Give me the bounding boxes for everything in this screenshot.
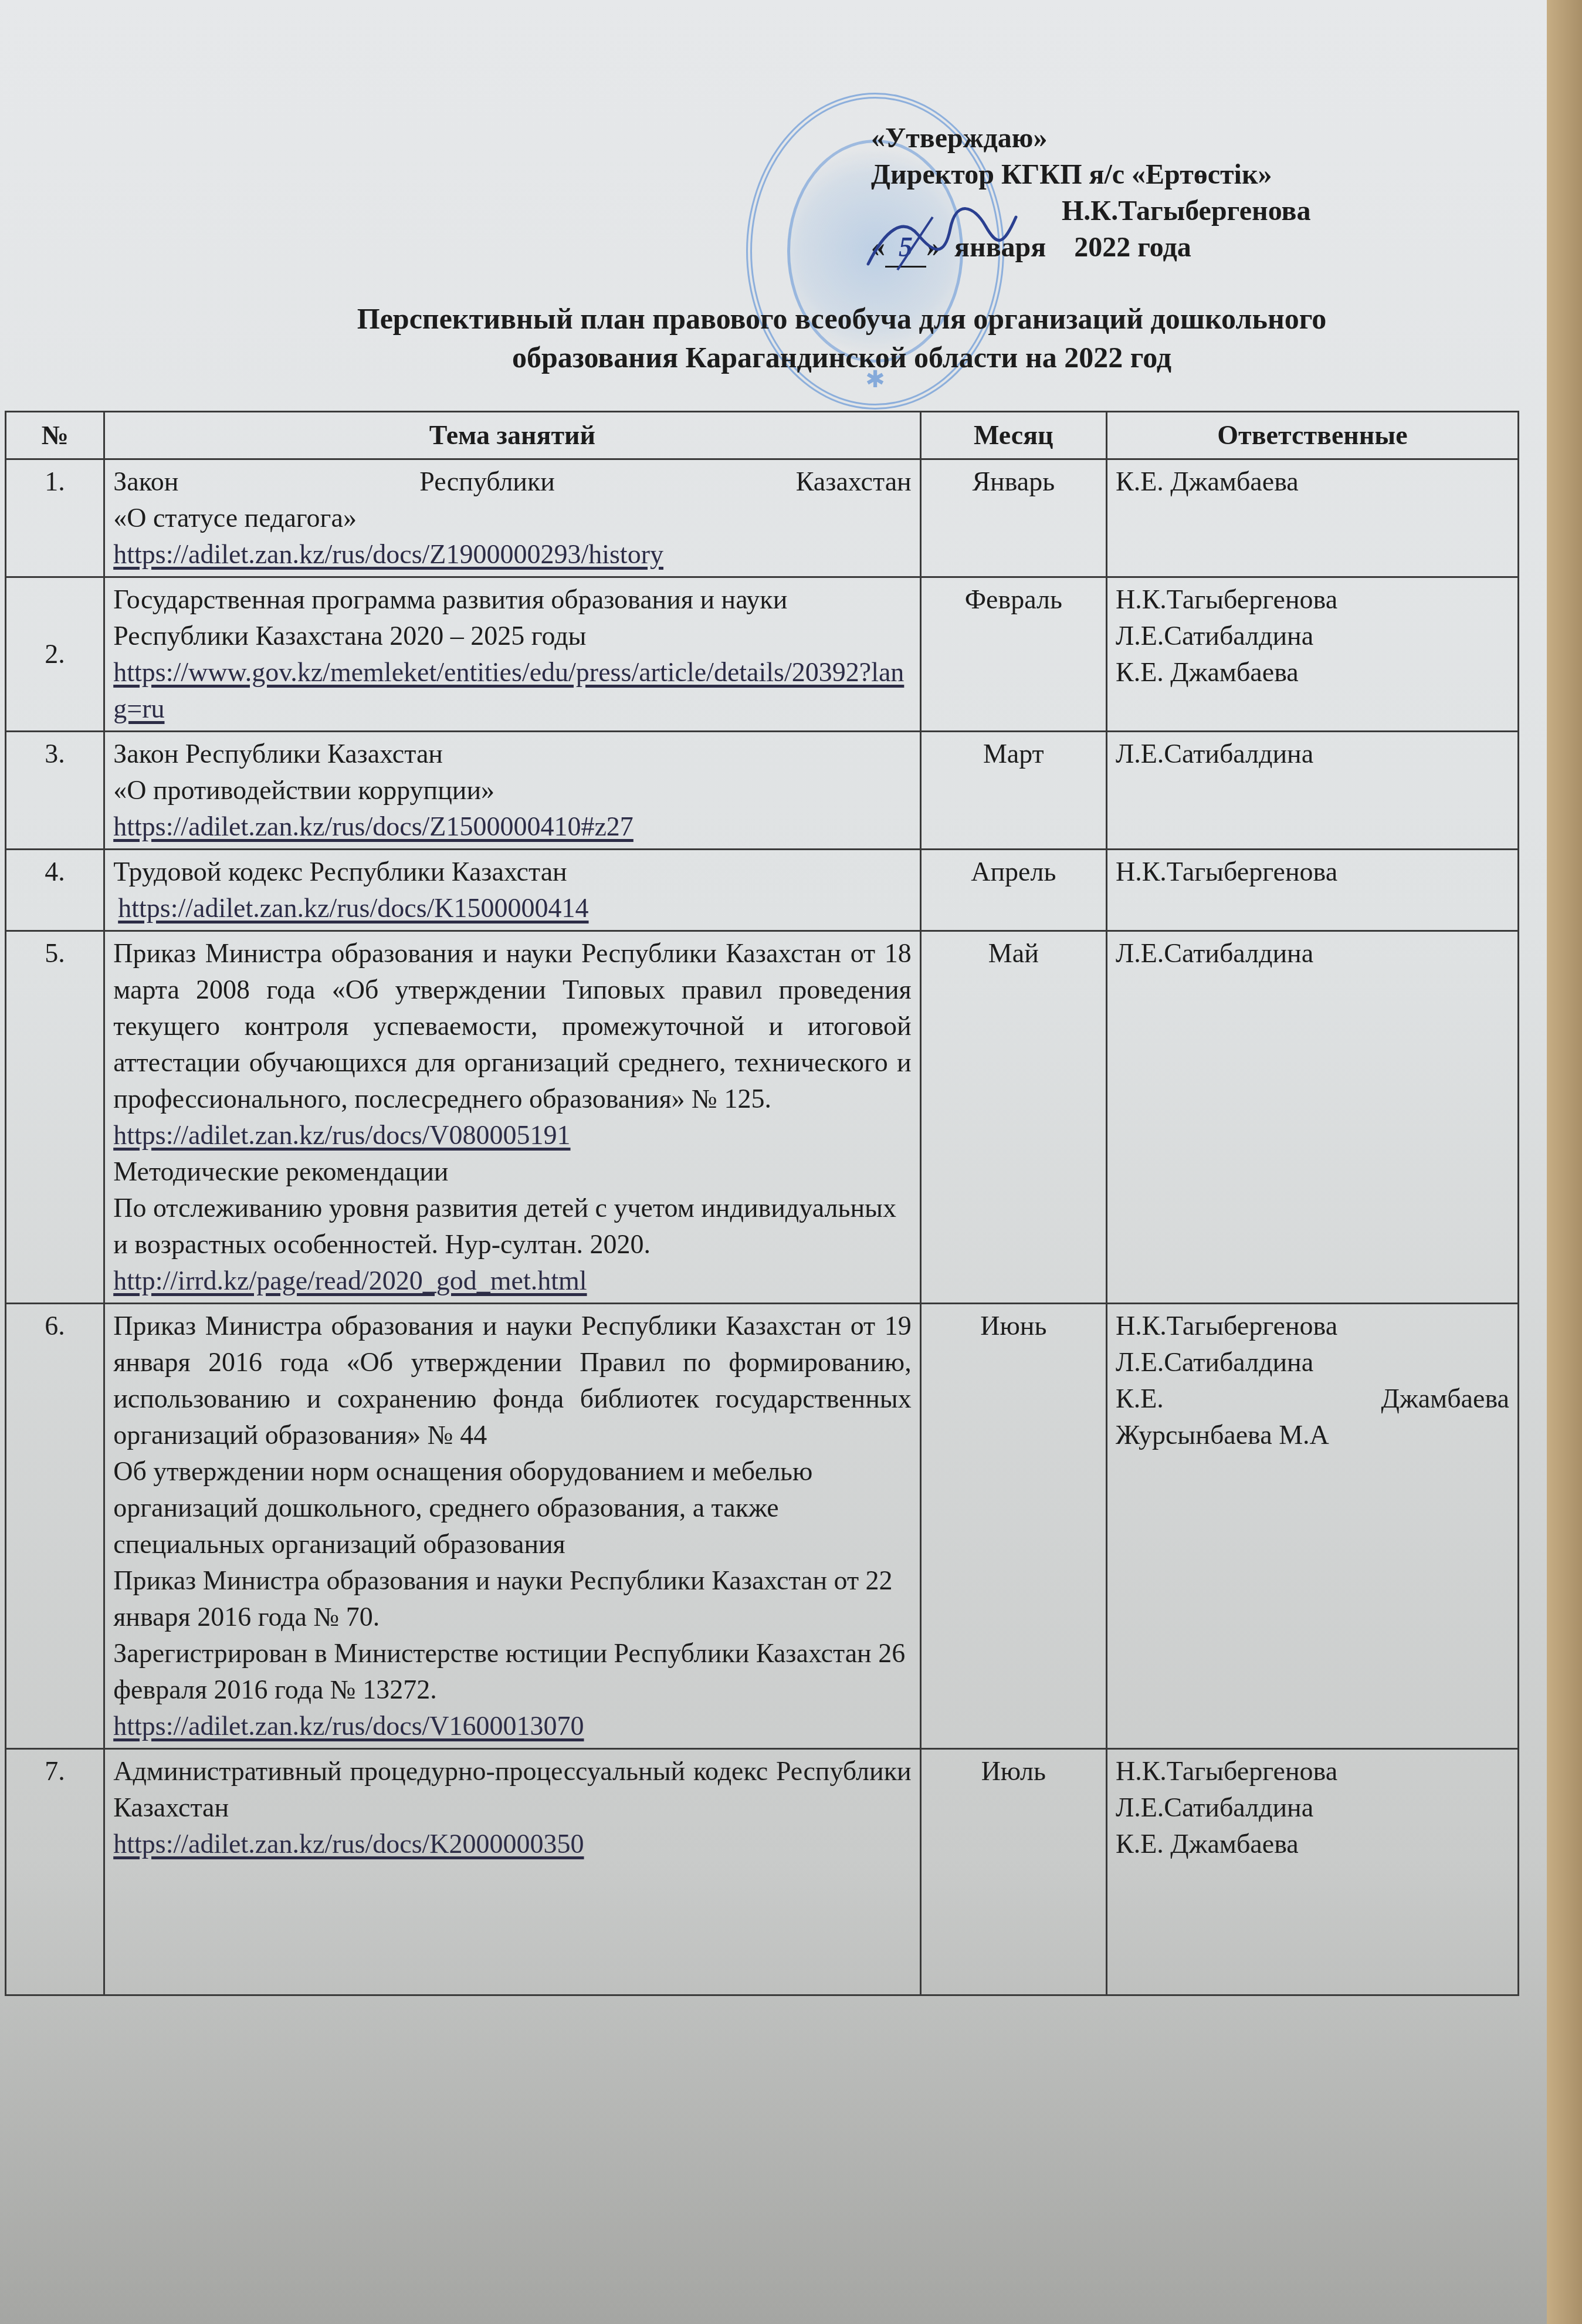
row-topic: Закон Республики Казахстан «О противодей… <box>104 732 920 850</box>
topic-text: Закон Республики Казахстан <box>113 736 911 772</box>
topic-extra-text: По отслеживанию уровня развития детей с … <box>113 1190 911 1263</box>
topic-text: Республики Казахстана 2020 – 2025 годы <box>113 618 911 654</box>
row-month: Март <box>920 732 1106 850</box>
responsible-person: Л.Е.Сатибалдина <box>1116 736 1509 772</box>
table-row: 3. Закон Республики Казахстан «О противо… <box>6 732 1519 850</box>
topic-text: Закон Республики Казахстан <box>113 464 911 500</box>
row-num: 2. <box>6 577 104 732</box>
title-line-1: Перспективный план правового всеобуча дл… <box>276 299 1408 338</box>
topic-text: Трудовой кодекс Республики Казахстан <box>113 854 911 890</box>
row-responsible: Н.К.Тагыбергенова Л.Е.Сатибалдина К.Е. Д… <box>1106 577 1518 732</box>
header-responsible: Ответственные <box>1106 412 1518 459</box>
table-row: 2. Государственная программа развития об… <box>6 577 1519 732</box>
responsible-person: Л.Е.Сатибалдина <box>1116 1789 1509 1826</box>
date-suffix: » января 2022 года <box>926 232 1191 263</box>
responsible-person: К.Е. Джамбаева <box>1116 1381 1509 1417</box>
row-month: Февраль <box>920 577 1106 732</box>
row-responsible: Л.Е.Сатибалдина <box>1106 931 1518 1304</box>
table-row: 5. Приказ Министра образования и науки Р… <box>6 931 1519 1304</box>
law-link[interactable]: https://adilet.zan.kz/rus/docs/V08000519… <box>113 1117 570 1153</box>
table-row: 6. Приказ Министра образования и науки Р… <box>6 1304 1519 1749</box>
responsible-person: К.Е. Джамбаева <box>1116 654 1509 691</box>
methodology-link[interactable]: http://irrd.kz/page/read/2020_god_met.ht… <box>113 1263 587 1299</box>
topic-extra-text: Зарегистрирован в Министерстве юстиции Р… <box>113 1635 911 1708</box>
table-header-row: № Тема занятий Месяц Ответственные <box>6 412 1519 459</box>
approval-position: Директор КГКП я/с «Ертөстік» <box>871 157 1310 193</box>
row-month: Апрель <box>920 850 1106 931</box>
topic-extra-text: Приказ Министра образования и науки Респ… <box>113 1562 911 1635</box>
date-prefix: « <box>871 232 885 263</box>
topic-text: Приказ Министра образования и науки Респ… <box>113 935 911 1117</box>
row-month: Май <box>920 931 1106 1304</box>
date-day: 5 <box>885 229 926 268</box>
topic-text: Административный процедурно-процессуальн… <box>113 1753 911 1826</box>
row-responsible: Н.К.Тагыбергенова Л.Е.Сатибалдина К.Е. Д… <box>1106 1304 1518 1749</box>
row-num: 4. <box>6 850 104 931</box>
responsible-person: Л.Е.Сатибалдина <box>1116 1344 1509 1381</box>
topic-text: Государственная программа развития образ… <box>113 581 911 618</box>
row-responsible: Н.К.Тагыбергенова <box>1106 850 1518 931</box>
table-row: 1. Закон Республики Казахстан «О статусе… <box>6 459 1519 577</box>
responsible-person: Журсынбаева М.А <box>1116 1417 1509 1453</box>
document-title: Перспективный план правового всеобуча дл… <box>276 299 1408 377</box>
approval-date: «5» января 2022 года <box>871 229 1310 268</box>
law-link[interactable]: https://adilet.zan.kz/rus/docs/Z19000002… <box>113 536 663 573</box>
row-num: 1. <box>6 459 104 577</box>
approval-name: Н.К.Тагыбергенова <box>871 193 1310 229</box>
law-link[interactable]: https://adilet.zan.kz/rus/docs/V16000130… <box>113 1708 584 1744</box>
header-month: Месяц <box>920 412 1106 459</box>
row-topic: Приказ Министра образования и науки Респ… <box>104 1304 920 1749</box>
approval-heading: «Утверждаю» <box>871 120 1310 157</box>
responsible-person: К.Е. Джамбаева <box>1116 1826 1509 1862</box>
row-month: Июнь <box>920 1304 1106 1749</box>
row-month: Июль <box>920 1749 1106 1995</box>
responsible-person: Н.К.Тагыбергенова <box>1116 1308 1509 1344</box>
row-num: 6. <box>6 1304 104 1749</box>
row-topic: Закон Республики Казахстан «О статусе пе… <box>104 459 920 577</box>
responsible-person: Н.К.Тагыбергенова <box>1116 854 1509 890</box>
responsible-person: Н.К.Тагыбергенова <box>1116 581 1509 618</box>
topic-text: «О противодействии коррупции» <box>113 772 911 809</box>
row-month: Январь <box>920 459 1106 577</box>
row-responsible: Л.Е.Сатибалдина <box>1106 732 1518 850</box>
header-num: № <box>6 412 104 459</box>
topic-extra-text: Методические рекомендации <box>113 1153 911 1190</box>
row-responsible: К.Е. Джамбаева <box>1106 459 1518 577</box>
row-topic: Государственная программа развития образ… <box>104 577 920 732</box>
header-topic: Тема занятий <box>104 412 920 459</box>
law-link[interactable]: https://www.gov.kz/memleket/entities/edu… <box>113 654 911 727</box>
table-row: 7. Административный процедурно-процессуа… <box>6 1749 1519 1995</box>
topic-extra-text: Об утверждении норм оснащения оборудован… <box>113 1453 911 1562</box>
responsible-person: К.Е. Джамбаева <box>1116 464 1509 500</box>
responsible-person: Л.Е.Сатибалдина <box>1116 935 1509 972</box>
desk-background <box>1547 0 1582 2324</box>
topic-text: «О статусе педагога» <box>113 500 911 536</box>
row-num: 3. <box>6 732 104 850</box>
law-link[interactable]: https://adilet.zan.kz/rus/docs/K15000004… <box>118 890 588 926</box>
approval-block: «Утверждаю» Директор КГКП я/с «Ертөстік»… <box>871 120 1310 268</box>
title-line-2: образования Карагандинской области на 20… <box>276 338 1408 377</box>
row-topic: Административный процедурно-процессуальн… <box>104 1749 920 1995</box>
table-row: 4. Трудовой кодекс Республики Казахстан … <box>6 850 1519 931</box>
row-topic: Трудовой кодекс Республики Казахстан htt… <box>104 850 920 931</box>
row-num: 5. <box>6 931 104 1304</box>
plan-table: № Тема занятий Месяц Ответственные 1. За… <box>5 411 1519 1996</box>
law-link[interactable]: https://adilet.zan.kz/rus/docs/Z15000004… <box>113 809 634 845</box>
topic-text: Приказ Министра образования и науки Респ… <box>113 1308 911 1453</box>
row-num: 7. <box>6 1749 104 1995</box>
responsible-person: Л.Е.Сатибалдина <box>1116 618 1509 654</box>
row-responsible: Н.К.Тагыбергенова Л.Е.Сатибалдина К.Е. Д… <box>1106 1749 1518 1995</box>
responsible-person: Н.К.Тагыбергенова <box>1116 1753 1509 1789</box>
row-topic: Приказ Министра образования и науки Респ… <box>104 931 920 1304</box>
law-link[interactable]: https://adilet.zan.kz/rus/docs/K20000003… <box>113 1826 584 1862</box>
